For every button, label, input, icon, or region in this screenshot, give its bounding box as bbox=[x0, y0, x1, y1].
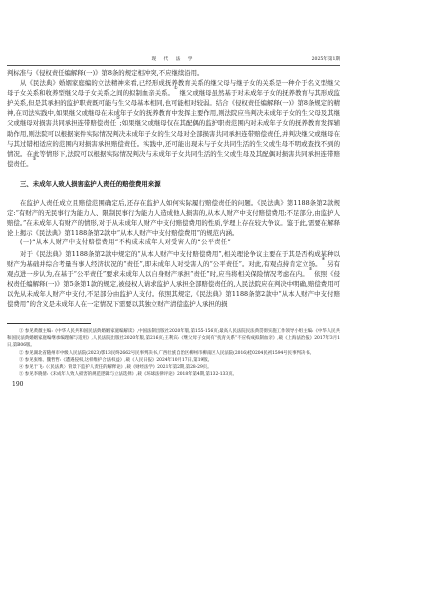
footnotes: ① 参见黄薇主编:《中华人民共和国民法典婚姻家庭编解读》,中国法制出版社2020… bbox=[7, 328, 340, 378]
subsection-heading: (一)“从本人财产中支付赔偿费用”不构成未成年人对受害人的“公平责任” bbox=[7, 238, 340, 248]
footnote-5: ⑤ 参见李晓倩:《未成年人致人损害的规范逻辑与立法选择》,载《环球法律评论》20… bbox=[7, 371, 340, 378]
footnote-2: ② 参见湖北省随州市中级人民法院(2023)鄂13民终2662号民事判决书,广西… bbox=[7, 350, 340, 357]
paragraph-section-intro: 在监护人责任成立且赔偿范围确定后,还存在监护人如何实际履行赔偿责任的问题。《民法… bbox=[7, 198, 340, 238]
body-text: 判标准与《侵权责任编解释(一)》第8条的规定相冲突,不应继续沿用。 从《民法典》… bbox=[7, 68, 340, 309]
journal-title: 现 代 法 学 bbox=[7, 56, 340, 62]
footnote-ref-3[interactable]: ③ bbox=[33, 156, 36, 161]
footnote-separator bbox=[7, 323, 91, 324]
footnote-4: ④ 参见于飞:《〈民法典〉背景下监护人责任的解释论》,载《财经法学》2021年第… bbox=[7, 364, 340, 371]
paragraph-fair-liability: 对于《民法典》第1188条第2款中规定的“从本人财产中支付赔偿费用”,相关理论争… bbox=[7, 249, 340, 310]
running-header: 现 代 法 学 2025年第1期 bbox=[7, 56, 340, 64]
paragraph-continuation: 判标准与《侵权责任编解释(一)》第8条的规定相冲突,不应继续沿用。 bbox=[7, 68, 340, 78]
footnote-1: ① 参见黄薇主编:《中华人民共和国民法典婚姻家庭编解读》,中国法制出版社2020… bbox=[7, 328, 340, 350]
paragraph-stepparent: 从《民法典》婚姻家庭编的立法精神来看,已经形成抚养教育关系的继父母与继子女的关系… bbox=[7, 78, 340, 169]
header-rule bbox=[7, 65, 340, 66]
paper-page: 现 代 法 学 2025年第1期 判标准与《侵权责任编解释(一)》第8条的规定相… bbox=[7, 56, 340, 388]
issue-label: 2025年第1期 bbox=[312, 56, 340, 62]
footnote-3: ③ 参见张维、魏哲哲:《遭遇侵权,这样维护合法权益》,载《人民日报》2024年1… bbox=[7, 357, 340, 364]
page-number: 190 bbox=[12, 381, 340, 388]
section-heading: 三、未成年人致人损害监护人责任的赔偿费用来源 bbox=[20, 179, 340, 189]
